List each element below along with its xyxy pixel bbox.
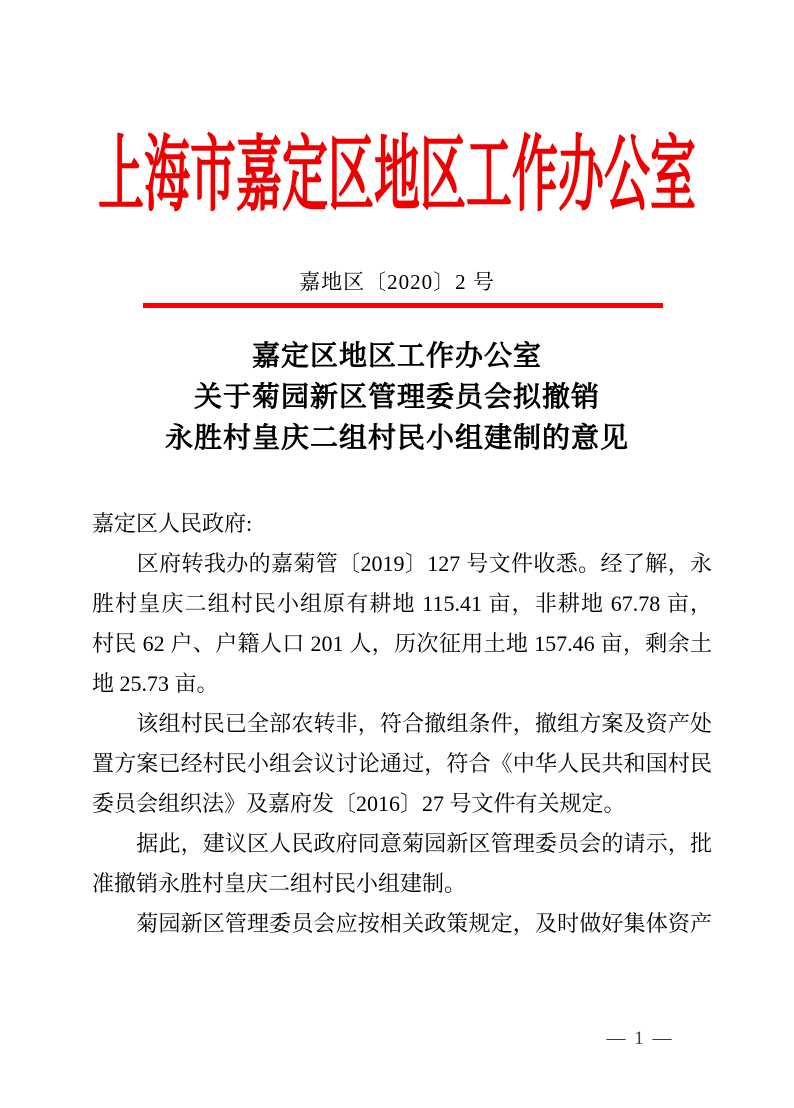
document-title: 嘉定区地区工作办公室 关于菊园新区管理委员会拟撤销 永胜村皇庆二组村民小组建制的…: [0, 336, 794, 459]
document-number: 嘉地区〔2020〕2 号: [0, 266, 794, 296]
title-line-2: 关于菊园新区管理委员会拟撤销: [0, 377, 794, 418]
body-line: 准撤销永胜村皇庆二组村民小组建制。: [92, 864, 712, 904]
body-line: 村民 62 户、户籍人口 201 人，历次征用土地 157.46 亩，剩余土: [92, 624, 712, 664]
page-number: — 1 —: [560, 1028, 720, 1050]
salutation: 嘉定区人民政府:: [92, 504, 712, 544]
body-line: 置方案已经村民小组会议讨论通过，符合《中华人民共和国村民: [92, 744, 712, 784]
agency-name: 上海市嘉定区地区工作办公室: [98, 110, 696, 229]
body-line: 区府转我办的嘉菊管〔2019〕127 号文件收悉。经了解，永: [92, 544, 712, 584]
red-divider-line: [143, 303, 663, 308]
title-line-3: 永胜村皇庆二组村民小组建制的意见: [0, 418, 794, 459]
body-line: 据此，建议区人民政府同意菊园新区管理委员会的请示，批: [92, 824, 712, 864]
letterhead: 上海市嘉定区地区工作办公室: [0, 124, 794, 214]
body-line: 胜村皇庆二组村民小组原有耕地 115.41 亩，非耕地 67.78 亩，: [92, 584, 712, 624]
title-line-1: 嘉定区地区工作办公室: [0, 336, 794, 377]
body-line: 委员会组织法》及嘉府发〔2016〕27 号文件有关规定。: [92, 784, 712, 824]
document-body: 嘉定区人民政府: 区府转我办的嘉菊管〔2019〕127 号文件收悉。经了解，永 …: [92, 504, 712, 944]
body-line: 菊园新区管理委员会应按相关政策规定，及时做好集体资产: [92, 904, 712, 944]
document-page: 上海市嘉定区地区工作办公室 嘉地区〔2020〕2 号 嘉定区地区工作办公室 关于…: [0, 0, 794, 1108]
body-line: 地 25.73 亩。: [92, 664, 712, 704]
body-line: 该组村民已全部农转非，符合撤组条件，撤组方案及资产处: [92, 704, 712, 744]
